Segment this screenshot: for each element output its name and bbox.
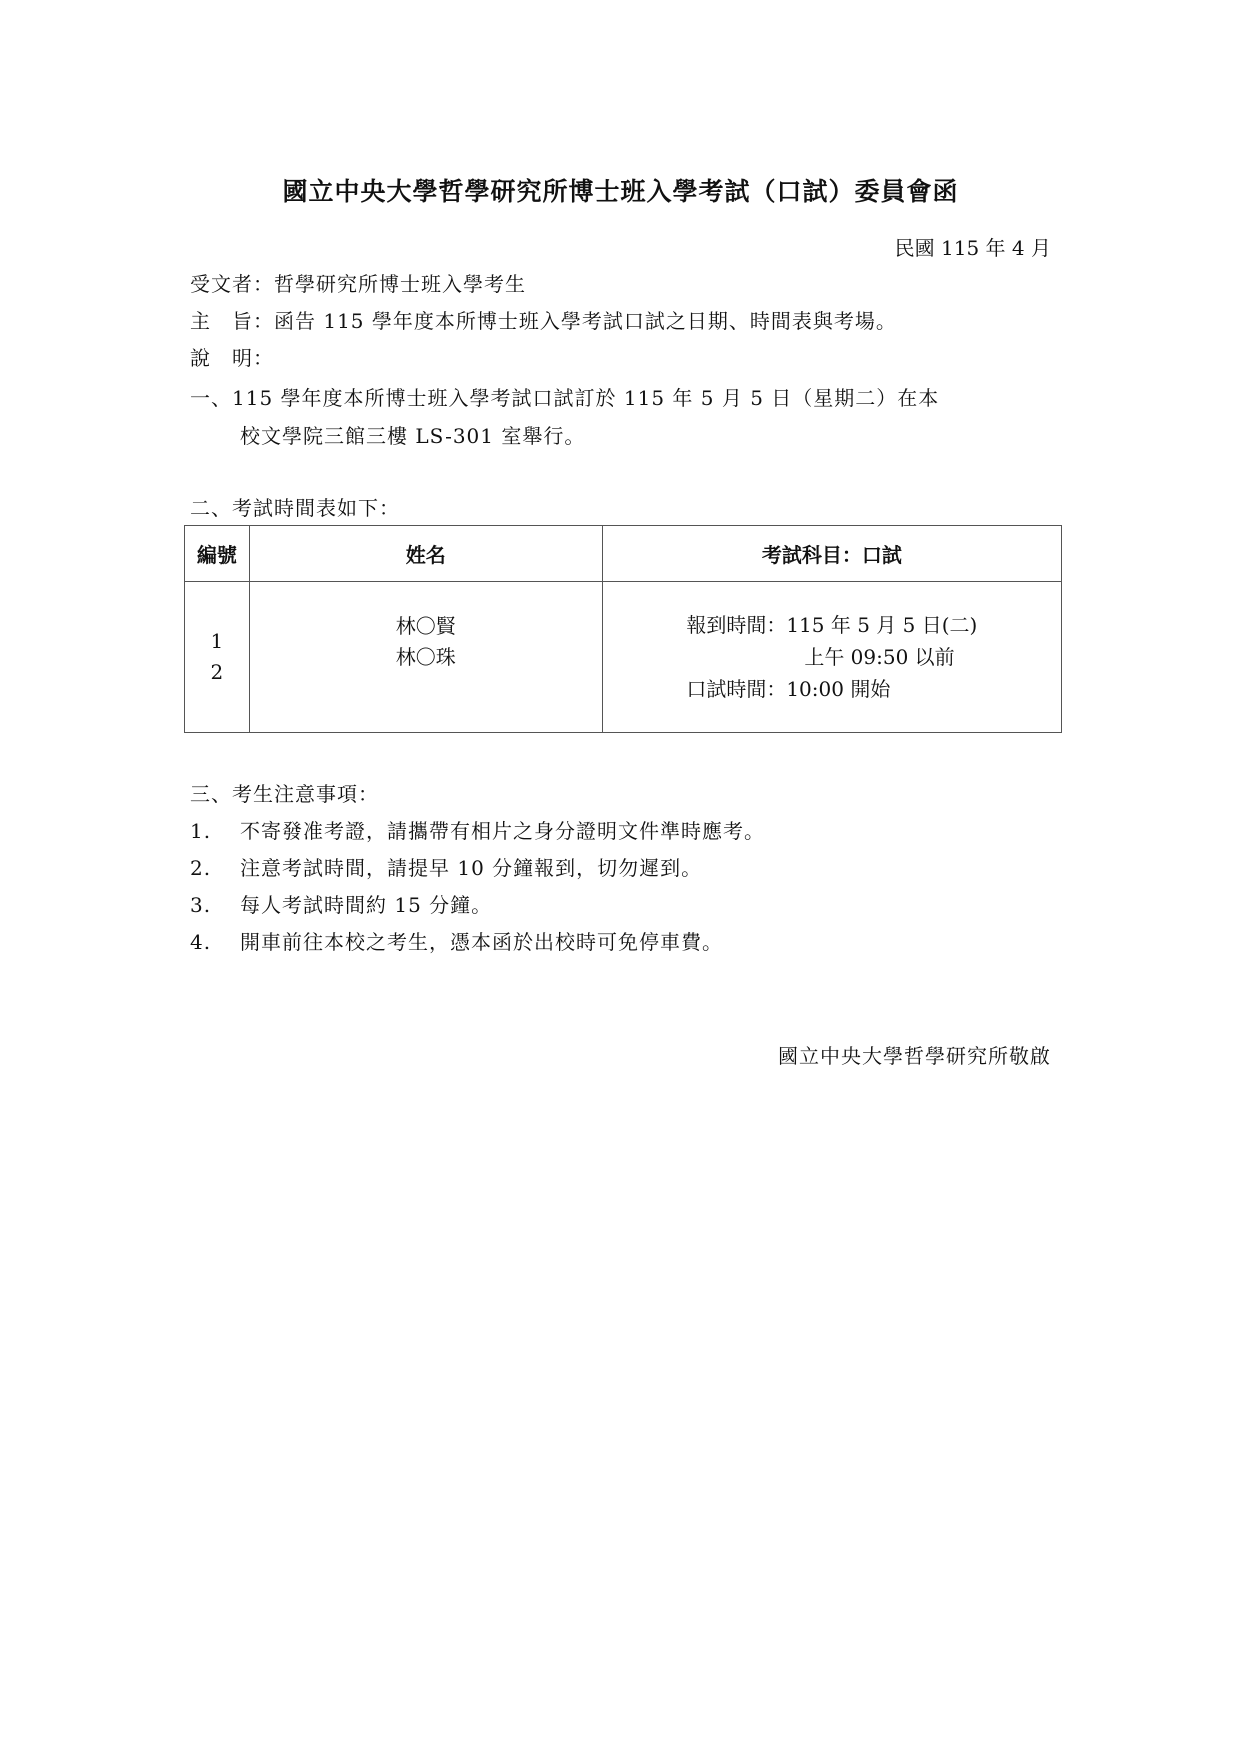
checkin-time-label: 報到時間：115 年 5 月 5 日(二) [686, 609, 977, 641]
item-one-line2: 校文學院三館三樓 LS-301 室舉行。 [240, 420, 585, 449]
cell-names: 林〇賢 林〇珠 [249, 582, 602, 733]
signature: 國立中央大學哲學研究所敬啟 [778, 1040, 1051, 1069]
subject-line: 主 旨：函告 115 學年度本所博士班入學考試口試之日期、時間表與考場。 [190, 305, 897, 334]
note-number: 2. [190, 856, 240, 880]
explanation-label: 說 明： [190, 342, 274, 371]
header-number: 編號 [185, 526, 250, 582]
note-number: 1. [190, 819, 240, 843]
note-item: 1.不寄發准考證，請攜帶有相片之身分證明文件準時應考。 [190, 815, 765, 844]
cell-exam-info: 報到時間：115 年 5 月 5 日(二) 上午 09:50 以前 口試時間：1… [602, 582, 1061, 733]
candidate-name: 林〇賢 [250, 611, 602, 642]
notes-heading: 三、考生注意事項： [190, 778, 379, 807]
table-row: 1 2 林〇賢 林〇珠 報到時間：115 年 5 月 5 日(二) 上午 09:… [185, 582, 1062, 733]
table-header-row: 編號 姓名 考試科目：口試 [185, 526, 1062, 582]
note-item: 2.注意考試時間，請提早 10 分鐘報到，切勿遲到。 [190, 852, 702, 881]
item-one-line1: 一、115 學年度本所博士班入學考試口試訂於 115 年 5 月 5 日（星期二… [190, 382, 939, 411]
document-title: 國立中央大學哲學研究所博士班入學考試（口試）委員會函 [0, 172, 1241, 208]
note-text: 注意考試時間，請提早 10 分鐘報到，切勿遲到。 [240, 856, 702, 880]
note-text: 不寄發准考證，請攜帶有相片之身分證明文件準時應考。 [240, 819, 765, 843]
item-two-heading: 二、考試時間表如下： [190, 492, 400, 521]
header-subject: 考試科目：口試 [602, 526, 1061, 582]
note-number: 3. [190, 893, 240, 917]
document-date: 民國 115 年 4 月 [895, 232, 1051, 261]
exam-schedule-table: 編號 姓名 考試科目：口試 1 2 林〇賢 林〇珠 報到時間：115 年 5 月… [184, 525, 1062, 733]
cell-numbers: 1 2 [185, 582, 250, 733]
recipient-line: 受文者：哲學研究所博士班入學考生 [190, 268, 526, 297]
note-text: 每人考試時間約 15 分鐘。 [240, 893, 492, 917]
checkin-deadline: 上午 09:50 以前 [686, 641, 977, 673]
note-item: 3.每人考試時間約 15 分鐘。 [190, 889, 492, 918]
candidate-number: 1 [185, 626, 249, 657]
note-item: 4.開車前往本校之考生，憑本函於出校時可免停車費。 [190, 926, 723, 955]
candidate-number: 2 [185, 657, 249, 688]
note-text: 開車前往本校之考生，憑本函於出校時可免停車費。 [240, 930, 723, 954]
candidate-name: 林〇珠 [250, 642, 602, 673]
header-name: 姓名 [249, 526, 602, 582]
note-number: 4. [190, 930, 240, 954]
oral-exam-time: 口試時間：10:00 開始 [686, 673, 977, 705]
